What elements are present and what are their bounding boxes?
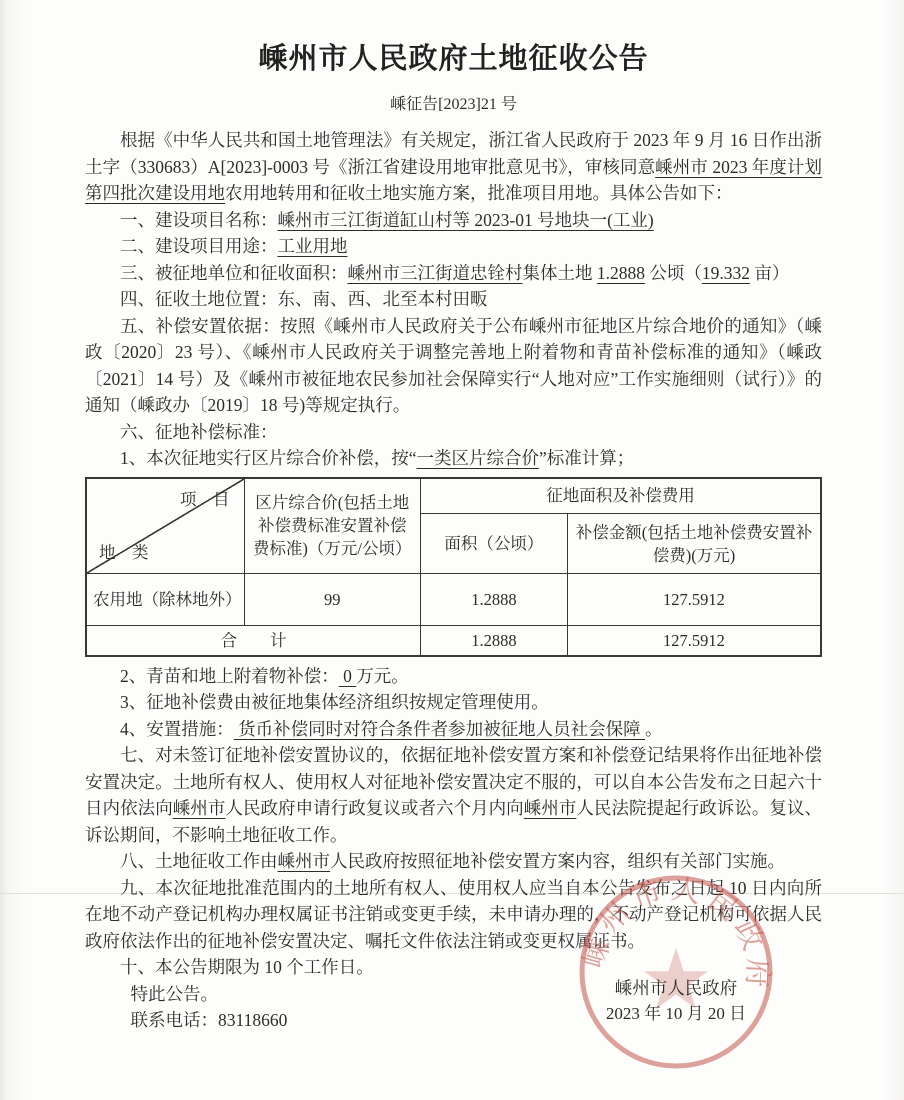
clause-6-sub-3: 3、征地补偿费由被征地集体经济组织按规定管理使用。 xyxy=(85,689,822,716)
document-page: 嵊州市人民政府土地征收公告 嵊征告[2023]21 号 根据《中华人民共和国土地… xyxy=(0,0,904,1100)
table-header-area: 面积（公顷） xyxy=(420,514,567,574)
clause-6-standard: 六、征地补偿标准： xyxy=(85,419,822,446)
signature-date: 2023 年 10 月 20 日 xyxy=(566,1001,786,1026)
cell-amount: 127.5912 xyxy=(567,574,821,626)
table-total-row: 合 计 1.2888 127.5912 xyxy=(86,626,821,656)
clause-6-sub-2: 2、青苗和地上附着物补偿： 0 万元。 xyxy=(85,663,822,690)
paragraph-intro: 根据《中华人民共和国土地管理法》有关规定，浙江省人民政府于 2023 年 9 月… xyxy=(85,127,822,207)
clause-4-location: 四、征收土地位置：东、南、西、北至本村田畈 xyxy=(85,286,822,313)
cell-total-area: 1.2888 xyxy=(420,626,567,656)
cell-price: 99 xyxy=(244,574,420,626)
cell-total-label: 合 计 xyxy=(86,626,420,656)
clause-3-unit-area: 三、被征地单位和征收面积：嵊州市三江街道忠铨村集体土地 1.2888 公顷（19… xyxy=(85,260,822,287)
corner-label-landtype: 地 类 xyxy=(99,541,149,564)
table-corner-cell: 项 目 地 类 xyxy=(86,478,244,574)
clause-6-sub-4: 4、安置措施： 货币补偿同时对符合条件者参加被征地人员社会保障 。 xyxy=(85,716,822,743)
cell-area: 1.2888 xyxy=(420,574,567,626)
corner-label-project: 项 目 xyxy=(180,488,230,511)
signature-issuer: 嵊州市人民政府 xyxy=(566,976,786,1001)
clause-2-project-use: 二、建设项目用途：工业用地 xyxy=(85,233,822,260)
table-row: 农用地（除林地外） 99 1.2888 127.5912 xyxy=(86,574,821,626)
clause-7-dispute: 七、对未签订征地补偿安置协议的，依据征地补偿安置方案和补偿登记结果将作出征地补偿… xyxy=(85,742,822,848)
doc-number: 嵊征告[2023]21 号 xyxy=(85,91,822,114)
clause-5-basis: 五、补偿安置依据：按照《嵊州市人民政府关于公布嵊州市征地区片综合地价的通知》（嵊… xyxy=(85,313,822,419)
table-header-price: 区片综合价(包括土地补偿费标准安置补偿费标准)（万元/公顷） xyxy=(244,478,420,574)
signature-block: 嵊州市人民政府 2023 年 10 月 20 日 xyxy=(566,976,786,1026)
official-seal: 嵊州市人民政府 xyxy=(576,872,776,1072)
compensation-table: 项 目 地 类 区片综合价(包括土地补偿费标准安置补偿费标准)（万元/公顷） 征… xyxy=(85,477,822,657)
table-header-amount: 补偿金额(包括土地补偿费安置补偿费)(万元) xyxy=(567,514,821,574)
doc-title: 嵊州市人民政府土地征收公告 xyxy=(85,36,822,77)
table-header-group: 征地面积及补偿费用 xyxy=(420,478,821,514)
clause-1-project-name: 一、建设项目名称：嵊州市三江街道缸山村等 2023-01 号地块一(工业) xyxy=(85,207,822,234)
cell-total-amount: 127.5912 xyxy=(567,626,821,656)
clause-6-sub-1: 1、本次征地实行区片综合价补偿，按“一类区片综合价”标准计算； xyxy=(85,445,822,472)
cell-category: 农用地（除林地外） xyxy=(86,574,244,626)
clause-8-implementation: 八、土地征收工作由嵊州市人民政府按照征地补偿安置方案内容，组织有关部门实施。 xyxy=(85,848,822,875)
